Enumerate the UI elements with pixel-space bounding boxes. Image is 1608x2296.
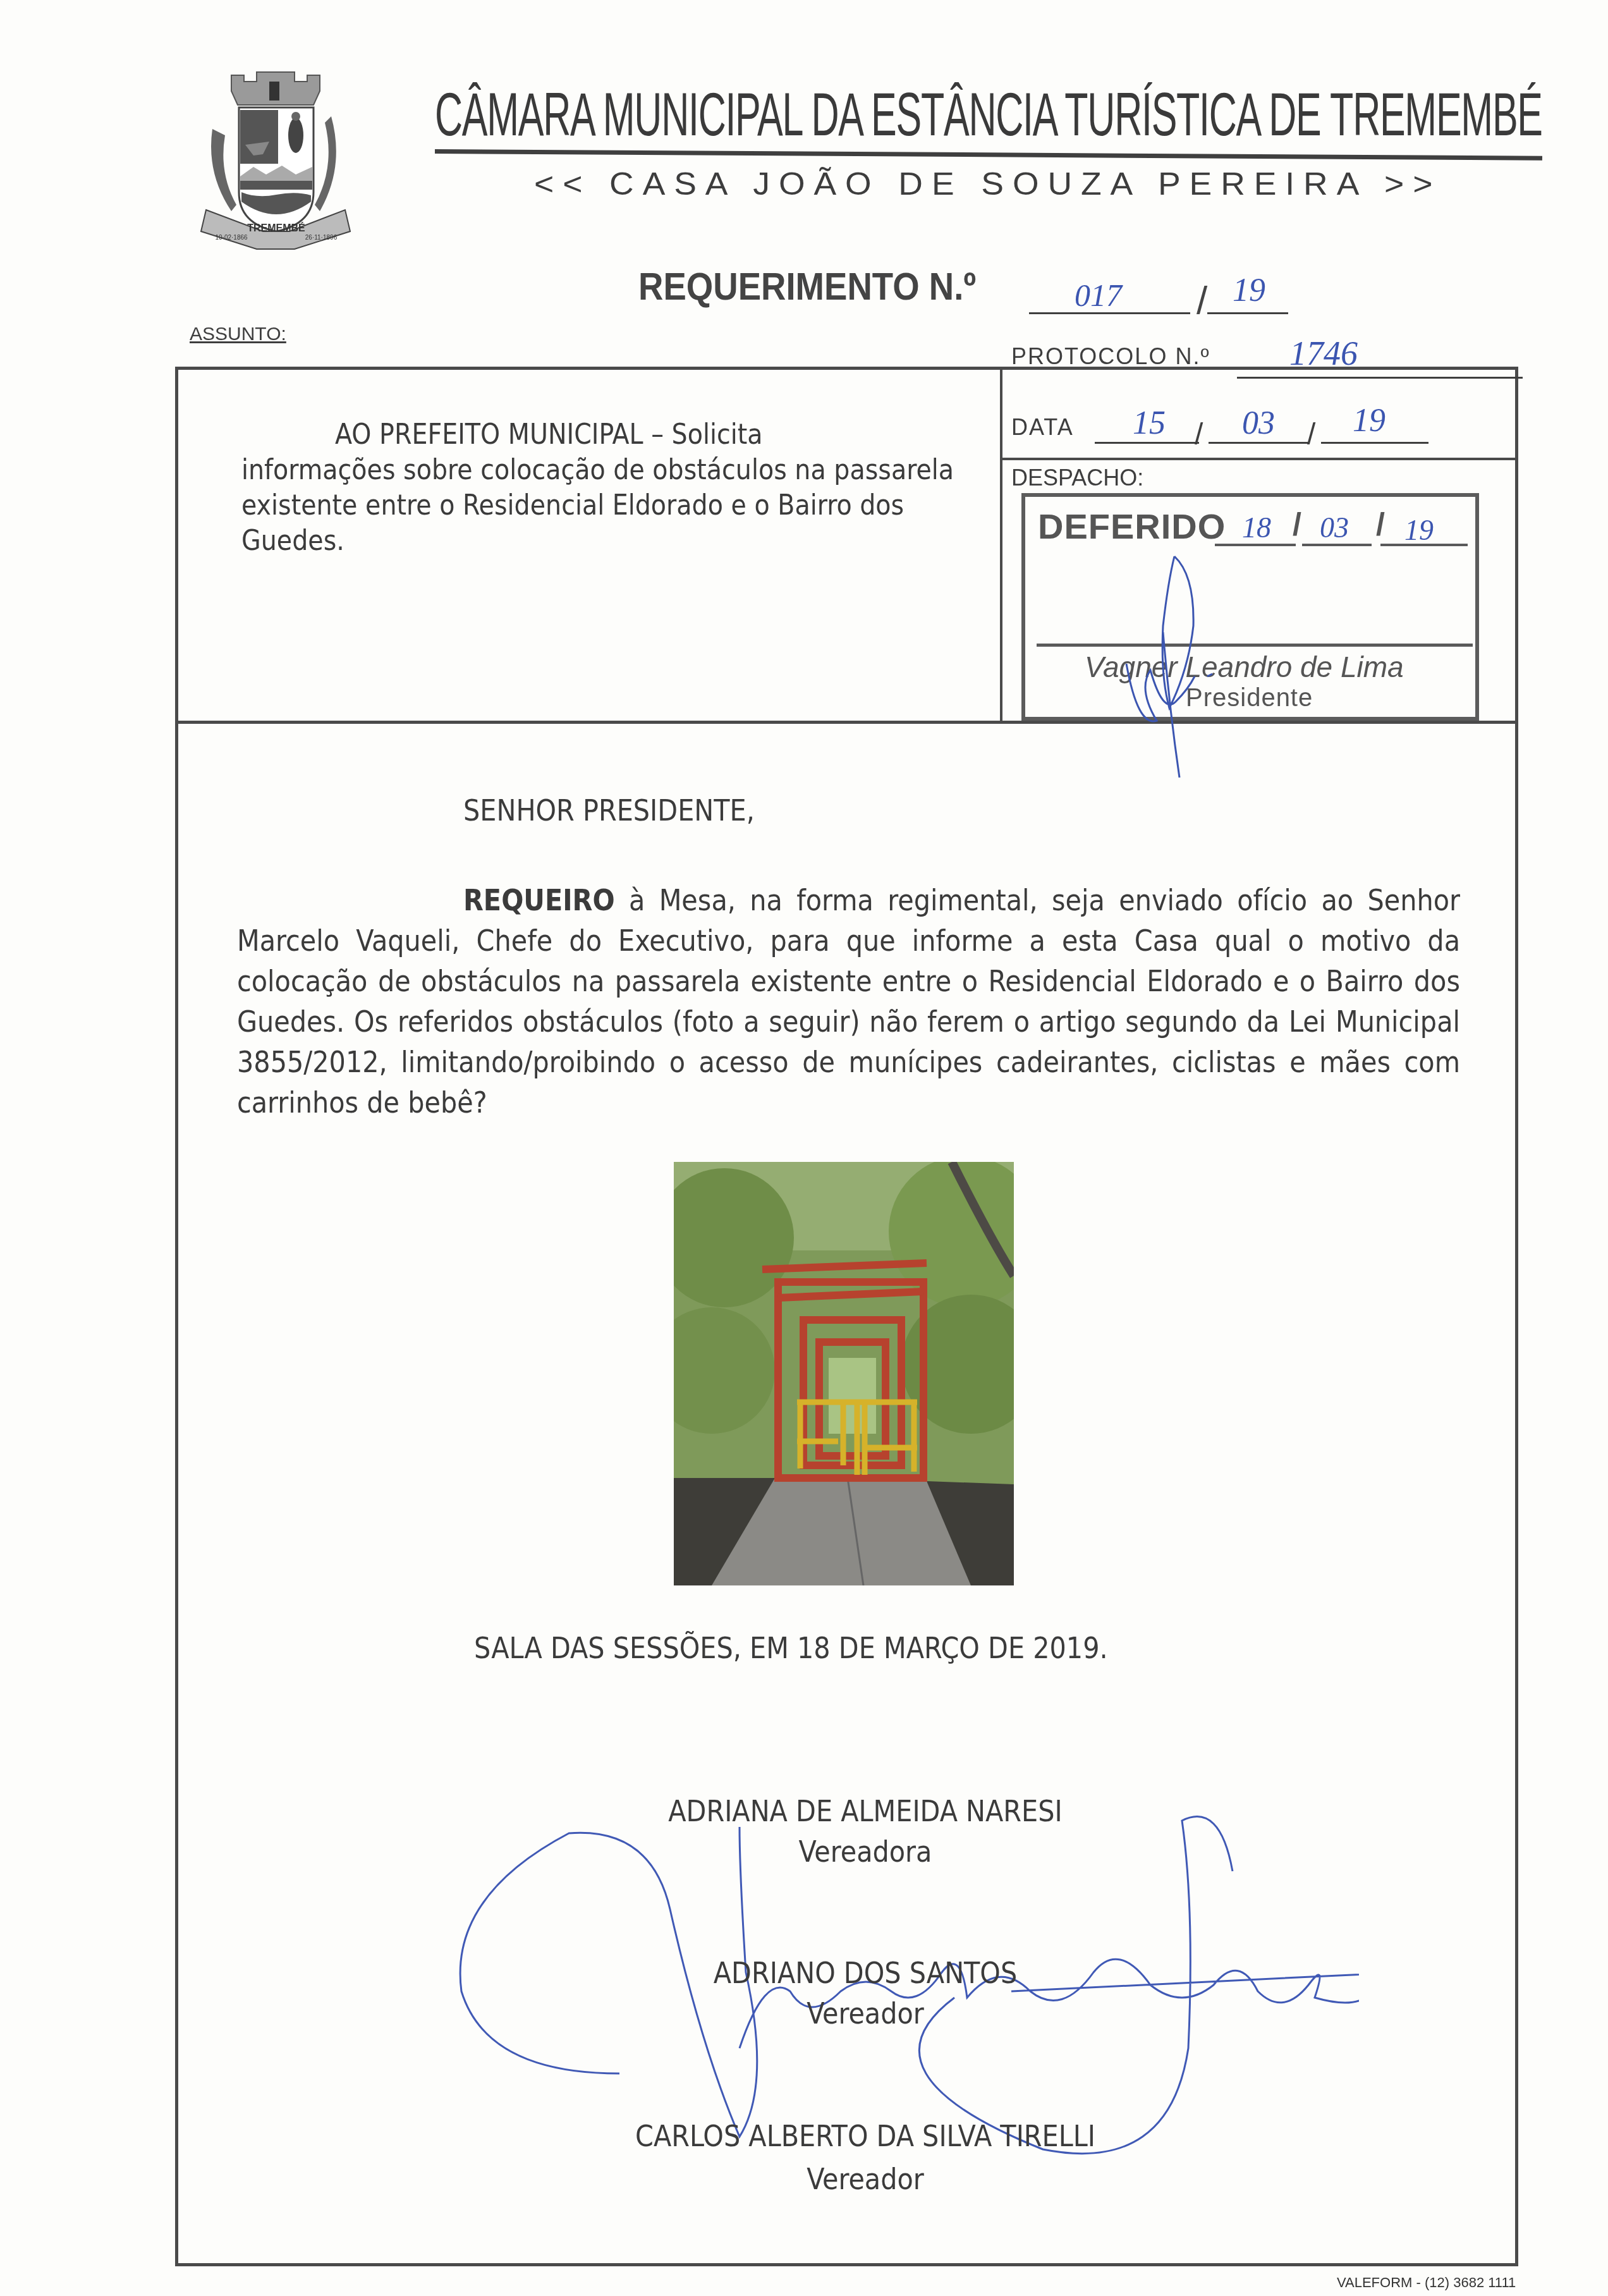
signer-name: ADRIANO DOS SANTOS bbox=[423, 1956, 1308, 1990]
data-year: 19 bbox=[1353, 402, 1386, 439]
requerimento-label: REQUERIMENTO N.º bbox=[638, 264, 976, 309]
footbridge-photo bbox=[674, 1162, 1014, 1585]
assunto-rest: informações sobre colocação de obstáculo… bbox=[241, 453, 962, 559]
data-month-line bbox=[1209, 442, 1310, 444]
svg-text:TREMEMBÉ: TREMEMBÉ bbox=[247, 222, 305, 234]
president-signature-icon bbox=[1100, 550, 1264, 778]
assunto-label: ASSUNTO: bbox=[190, 324, 286, 345]
data-label: DATA bbox=[1011, 414, 1074, 441]
protocolo-label: PROTOCOLO N.º bbox=[1011, 343, 1210, 370]
request-text: à Mesa, na forma regimental, seja enviad… bbox=[237, 883, 1460, 1120]
despacho-label: DESPACHO: bbox=[1011, 465, 1143, 491]
institution-title: CÂMARA MUNICIPAL DA ESTÂNCIA TURÍSTICA D… bbox=[435, 83, 1142, 147]
protocolo-line bbox=[1237, 377, 1523, 379]
request-lead: REQUEIRO bbox=[463, 883, 615, 917]
requerimento-year-line bbox=[1207, 312, 1288, 314]
column-divider bbox=[1000, 367, 1002, 722]
stamp-separator: / bbox=[1376, 506, 1385, 542]
data-separator: / bbox=[1195, 417, 1203, 452]
data-day: 15 bbox=[1133, 405, 1166, 442]
requerimento-separator: / bbox=[1197, 278, 1207, 323]
title-underline bbox=[435, 149, 1542, 161]
institution-subtitle: << CASA JOÃO DE SOUZA PEREIRA >> bbox=[534, 166, 1441, 202]
svg-text:26·11·1896: 26·11·1896 bbox=[305, 235, 338, 241]
header-divider bbox=[175, 721, 1518, 724]
stamp-day: 18 bbox=[1242, 511, 1271, 544]
data-year-line bbox=[1321, 442, 1428, 444]
closing-line: SALA DAS SESSÕES, EM 18 DE MARÇO DE 2019… bbox=[474, 1631, 1108, 1665]
signer-role: Vereador bbox=[423, 1996, 1308, 2030]
stamp-month: 03 bbox=[1320, 511, 1349, 544]
protocolo-value: 1746 bbox=[1289, 334, 1358, 373]
signer-name: ADRIANA DE ALMEIDA NARESI bbox=[423, 1794, 1308, 1828]
stamp-status: DEFERIDO bbox=[1038, 506, 1226, 547]
svg-text:10·02·1866: 10·02·1866 bbox=[215, 235, 248, 241]
assunto-text: AO PREFEITO MUNICIPAL – Solicita informa… bbox=[241, 417, 962, 559]
requerimento-number: 017 bbox=[1075, 277, 1122, 314]
signer-role: Vereador bbox=[423, 2162, 1308, 2196]
printer-footer: VALEFORM - (12) 3682 1111 bbox=[1337, 2275, 1516, 2291]
stamp-year: 19 bbox=[1404, 513, 1434, 547]
requerimento-year: 19 bbox=[1233, 272, 1265, 309]
coat-of-arms-icon: TREMEMBÉ 10·02·1866 26·11·1896 bbox=[187, 66, 364, 255]
data-month: 03 bbox=[1242, 405, 1275, 442]
signer-role: Vereadora bbox=[423, 1835, 1308, 1869]
request-paragraph: REQUEIRO à Mesa, na forma regimental, se… bbox=[237, 880, 1460, 1123]
assunto-lead: AO PREFEITO MUNICIPAL – Solicita bbox=[241, 417, 962, 453]
stamp-separator: / bbox=[1293, 506, 1301, 542]
salutation: SENHOR PRESIDENTE, bbox=[463, 793, 755, 827]
data-separator: / bbox=[1307, 417, 1315, 452]
data-day-line bbox=[1095, 442, 1199, 444]
protocol-divider bbox=[1000, 458, 1518, 460]
signer-name: CARLOS ALBERTO DA SILVA TIRELLI bbox=[423, 2119, 1308, 2153]
